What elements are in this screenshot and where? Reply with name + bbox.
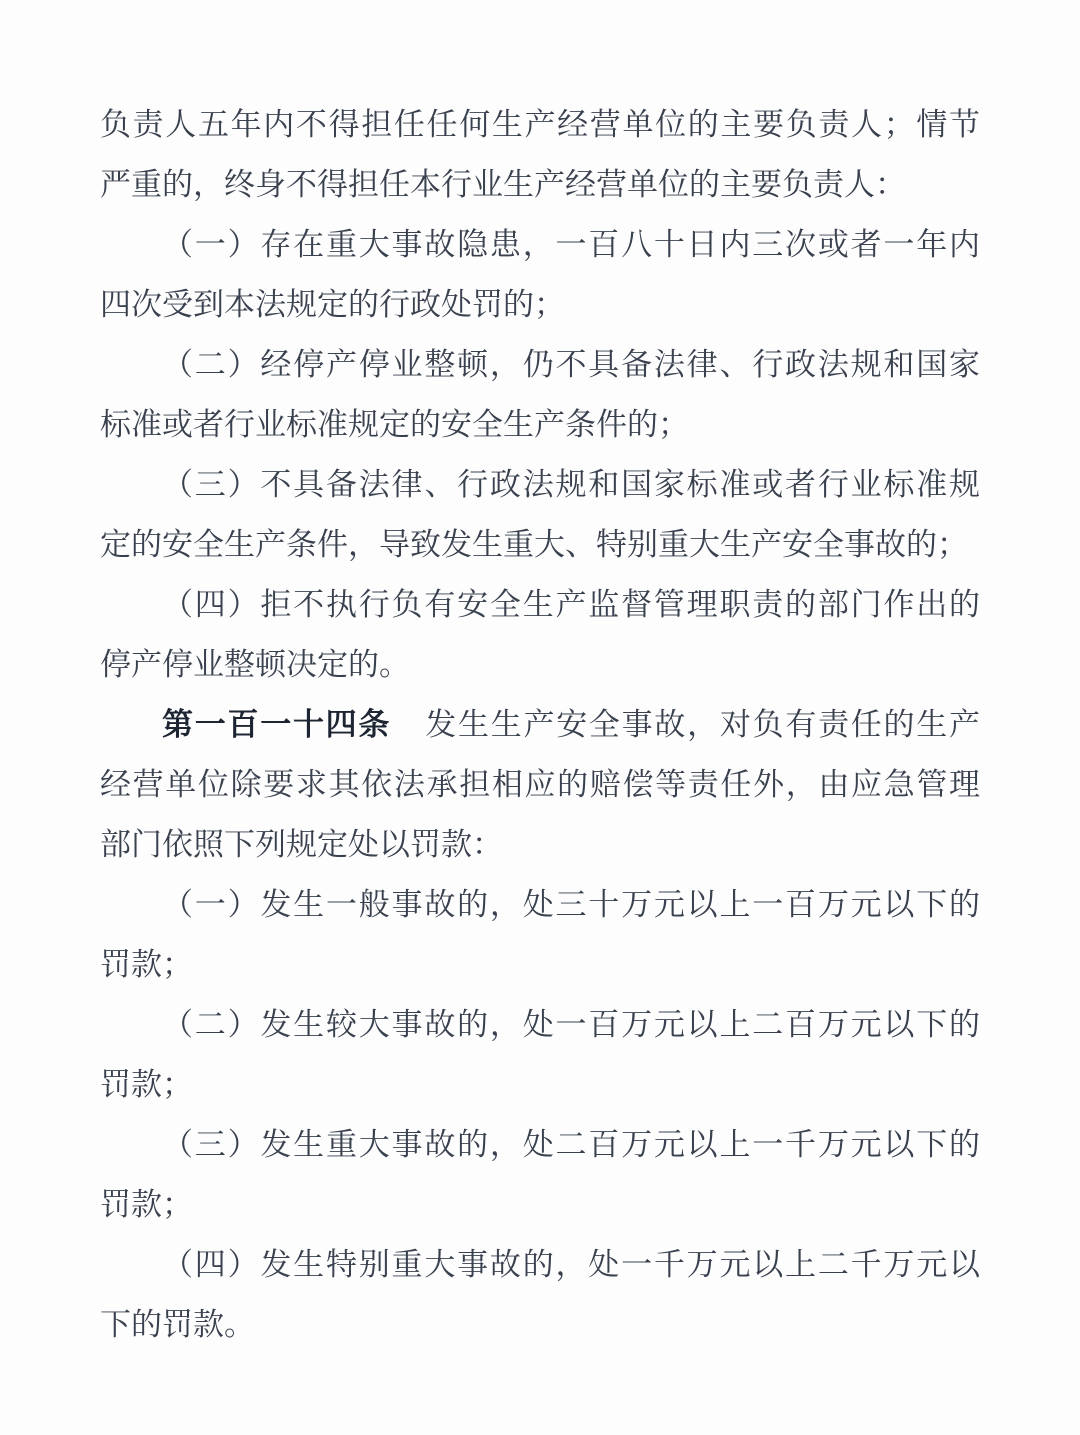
document-page: 负责人五年内不得担任任何生产经营单位的主要负责人；情节严重的，终身不得担任本行业…: [0, 0, 1080, 1435]
text-line: 负责人五年内不得担任任何生产经营单位的主要负责人；情节: [100, 95, 980, 155]
text-line: （二）发生较大事故的，处一百万元以上二百万元以下的: [100, 995, 980, 1055]
text-line: 严重的，终身不得担任本行业生产经营单位的主要负责人：: [100, 155, 980, 215]
article-number: 第一百一十四条: [162, 707, 391, 742]
text-line: （二）经停产停业整顿，仍不具备法律、行政法规和国家: [100, 335, 980, 395]
text-line: 四次受到本法规定的行政处罚的；: [100, 275, 980, 335]
text-line: （一）存在重大事故隐患，一百八十日内三次或者一年内: [100, 215, 980, 275]
document-body: 负责人五年内不得担任任何生产经营单位的主要负责人；情节严重的，终身不得担任本行业…: [100, 95, 980, 1355]
text-line: 定的安全生产条件，导致发生重大、特别重大生产安全事故的；: [100, 515, 980, 575]
text-line: 标准或者行业标准规定的安全生产条件的；: [100, 395, 980, 455]
text-line: 下的罚款。: [100, 1295, 980, 1355]
text-line: 部门依照下列规定处以罚款：: [100, 815, 980, 875]
text-line: （四）发生特别重大事故的，处一千万元以上二千万元以: [100, 1235, 980, 1295]
line-text: 发生生产安全事故，对负有责任的生产: [425, 707, 980, 742]
text-line: 罚款；: [100, 1175, 980, 1235]
text-line: （三）发生重大事故的，处二百万元以上一千万元以下的: [100, 1115, 980, 1175]
text-line: 经营单位除要求其依法承担相应的赔偿等责任外，由应急管理: [100, 755, 980, 815]
text-line: 停产停业整顿决定的。: [100, 635, 980, 695]
text-line: （三）不具备法律、行政法规和国家标准或者行业标准规: [100, 455, 980, 515]
text-line: 罚款；: [100, 1055, 980, 1115]
article-heading-line: 第一百一十四条发生生产安全事故，对负有责任的生产: [100, 695, 980, 755]
text-line: （一）发生一般事故的，处三十万元以上一百万元以下的: [100, 875, 980, 935]
text-line: 罚款；: [100, 935, 980, 995]
text-line: （四）拒不执行负有安全生产监督管理职责的部门作出的: [100, 575, 980, 635]
